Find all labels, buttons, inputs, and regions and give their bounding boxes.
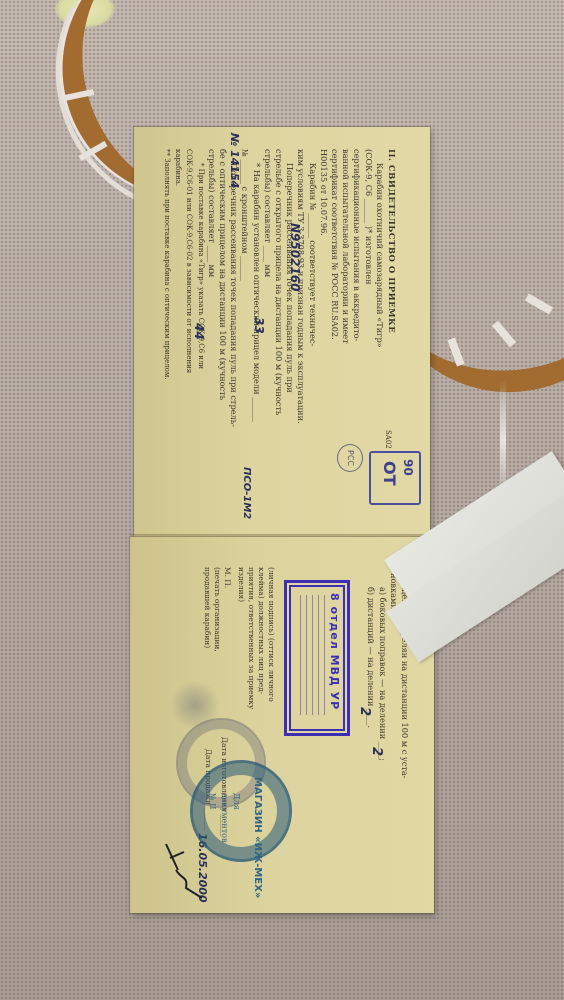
- handwritten-open-sight-group: 33: [253, 317, 264, 334]
- handwritten-distance-division: 2: [359, 707, 370, 716]
- stamp-form-lines: [295, 595, 325, 715]
- inspection-stamp-ot: 90 ОТ: [369, 451, 421, 505]
- signature-scribble: [158, 840, 218, 900]
- mvd-registration-stamp: 8 отдел МВД УР: [284, 580, 350, 736]
- handwritten-scope-number: № 14154: [229, 133, 240, 188]
- certification-code: SA02: [384, 430, 392, 449]
- certificate-text-block: II. СВИДЕТЕЛЬСТВО О ПРИЕМКЕ Карабин охот…: [161, 149, 396, 427]
- handwritten-serial-number: N9502160: [289, 223, 300, 292]
- certificate-title: II. СВИДЕТЕЛЬСТВО О ПРИЕМКЕ: [385, 149, 396, 427]
- handwritten-lateral-division: 2: [371, 747, 382, 756]
- handwritten-scope-group: 44: [193, 323, 204, 340]
- handwritten-scope-model: ПСО-1М2: [241, 467, 252, 519]
- certification-mark-pcc: РСС: [337, 444, 363, 472]
